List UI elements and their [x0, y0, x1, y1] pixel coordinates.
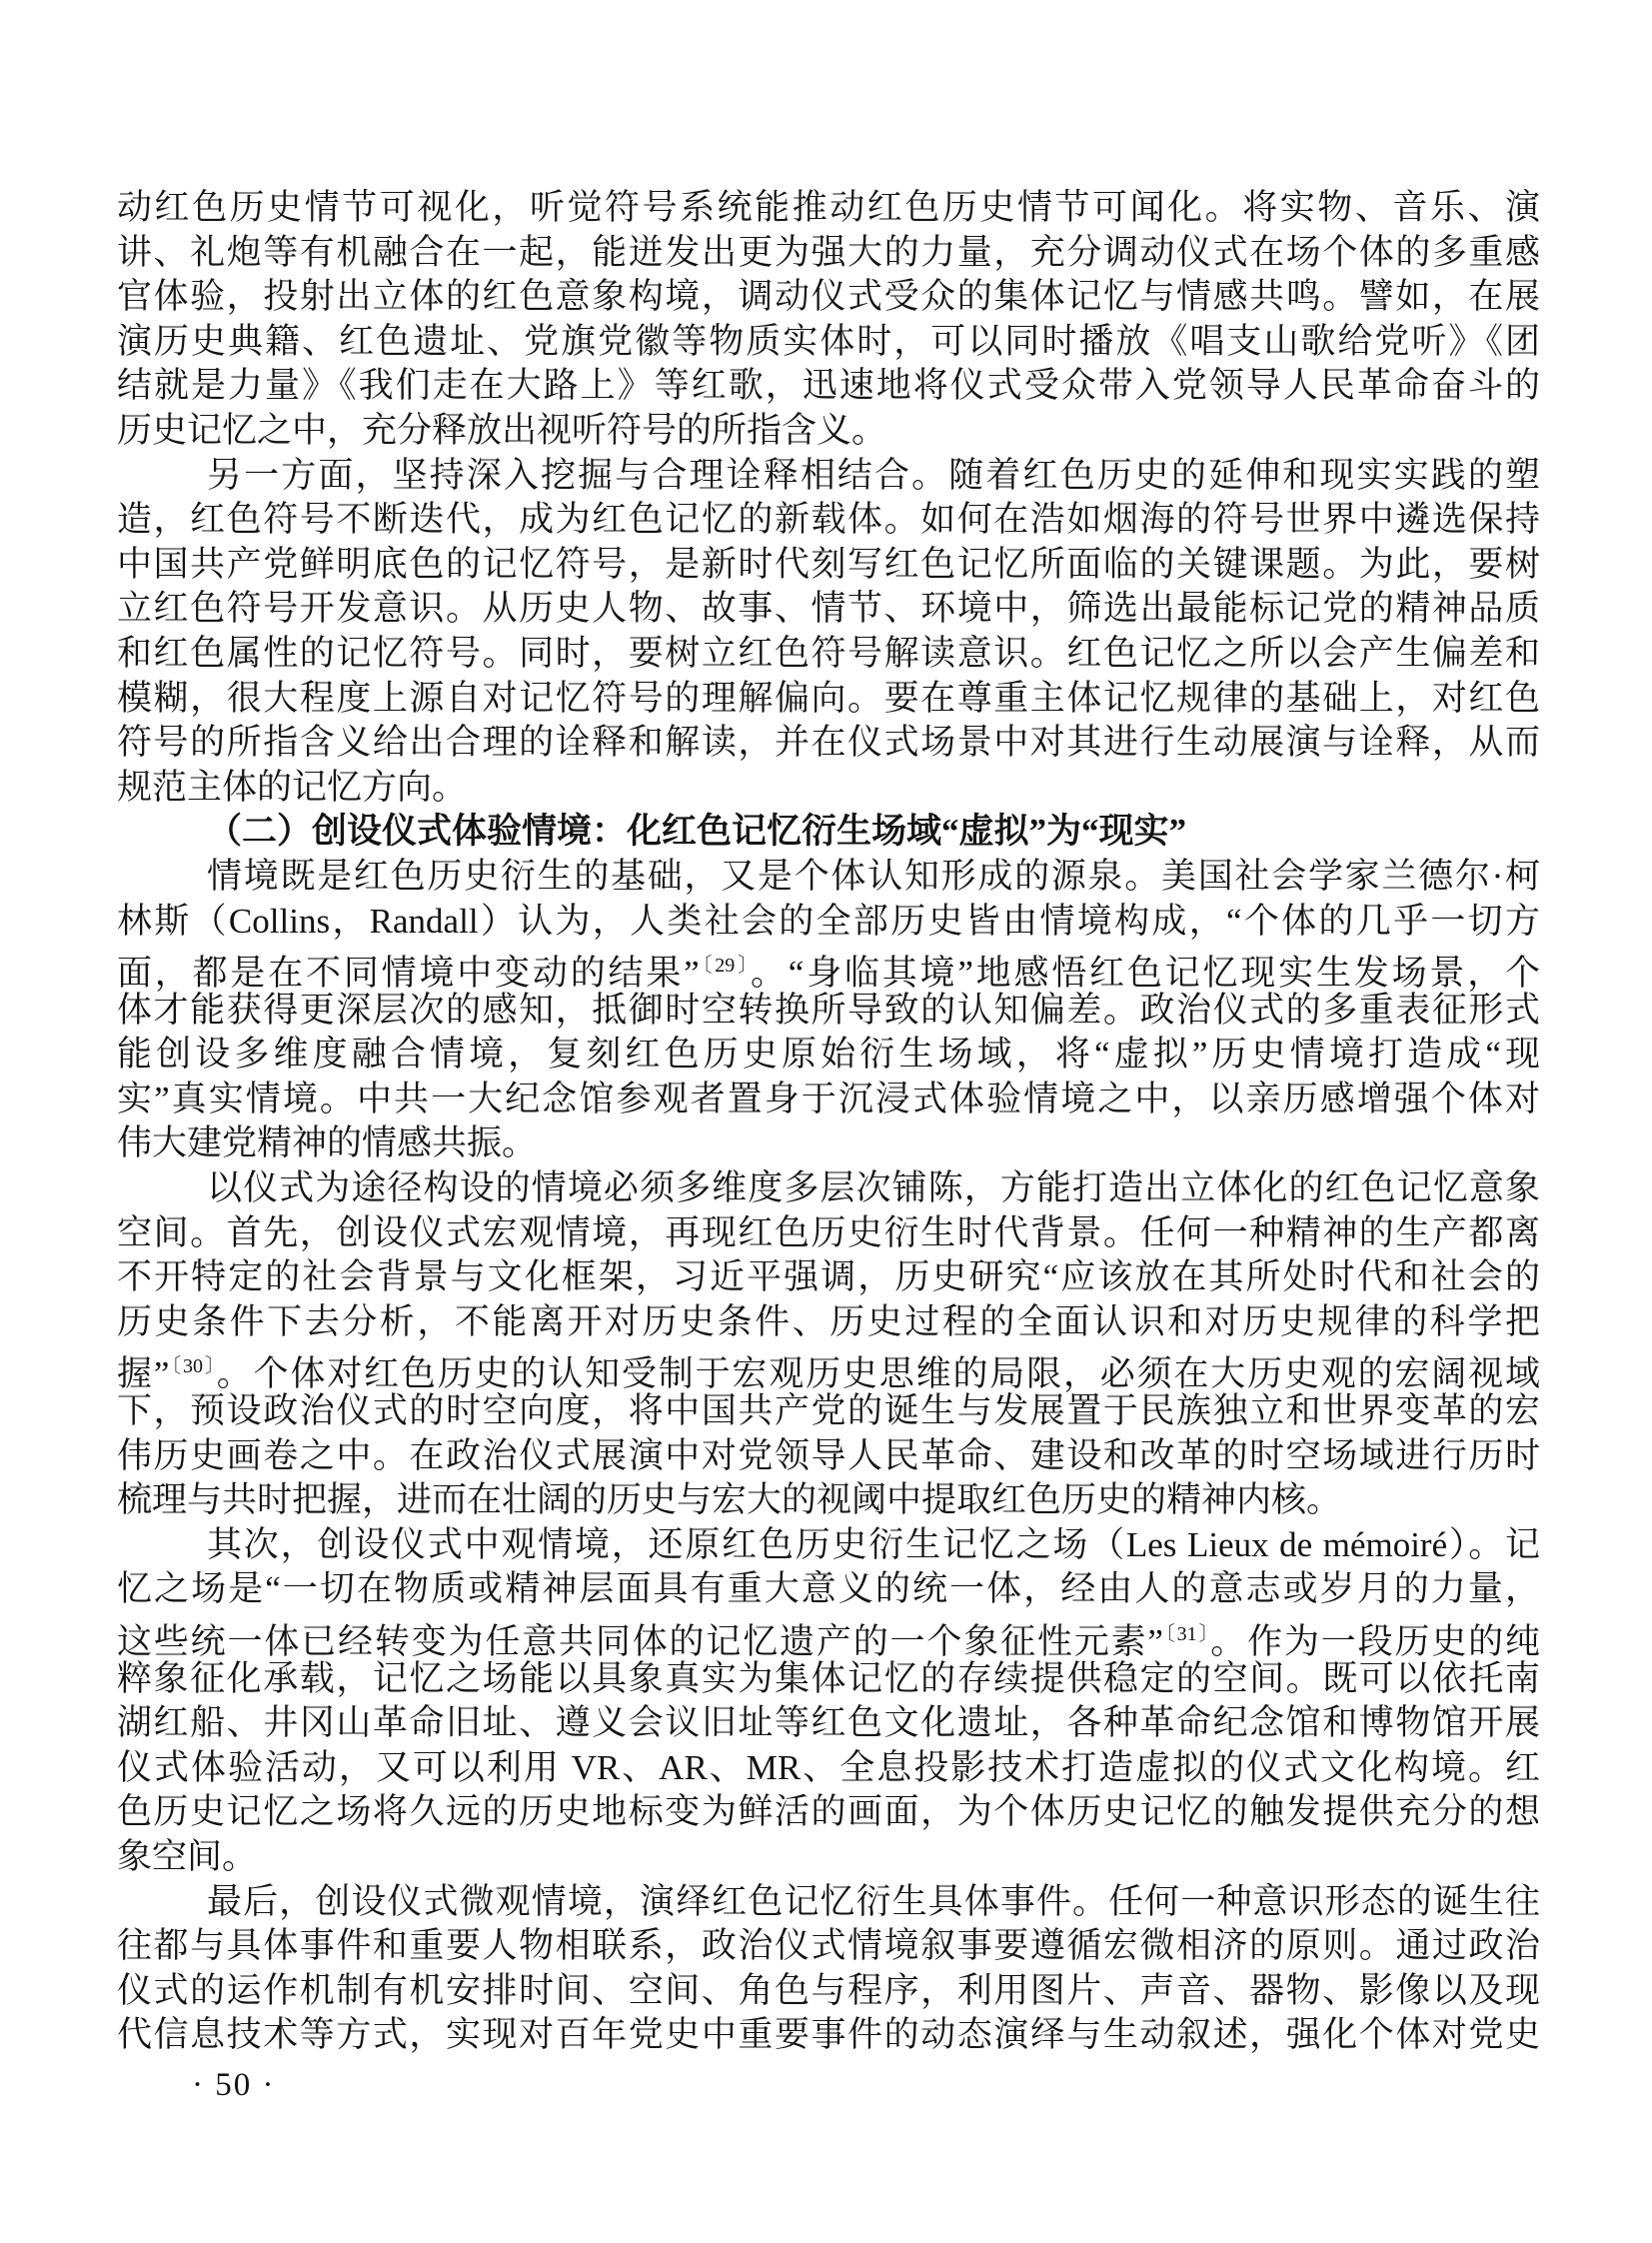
text-run: 象空间。: [117, 1837, 257, 1876]
text-line: 空间。首先，创设仪式宏观情境，再现红色历史衍生时代背景。任何一种精神的生产都离: [117, 1211, 1540, 1256]
text-run: 体才能获得更深层次的感知，抵御时空转换所导致的认知偏差。政治仪式的多重表征形式: [117, 991, 1540, 1030]
text-line: 下，预设政治仪式的时空向度，将中国共产党的诞生与发展置于民族独立和世界变革的宏: [117, 1389, 1540, 1434]
text-line: 演历史典籍、红色遗址、党旗党徽等物质实体时，可以同时播放《唱支山歌给党听》《团: [117, 320, 1540, 365]
text-line: 握”〔30〕。个体对红色历史的认知受制于宏观历史思维的局限，必须在大历史观的宏阔…: [117, 1344, 1540, 1389]
text-line: 能创设多维度融合情境，复刻红色历史原始衍生场域，将“虚拟”历史情境打造成“现: [117, 1033, 1540, 1078]
text-run: 这些统一体已经转变为任意共同体的记忆遗产的一个象征性元素”: [117, 1622, 1163, 1661]
paragraph: 最后，创设仪式微观情境，演绎红色记忆衍生具体事件。任何一种意识形态的诞生往往都与…: [117, 1880, 1540, 2058]
text-run: 和红色属性的记忆符号。同时，要树立红色符号解读意识。红色记忆之所以会产生偏差和: [117, 634, 1540, 673]
text-line: 象空间。: [117, 1835, 1540, 1880]
text-line: 和红色属性的记忆符号。同时，要树立红色符号解读意识。红色记忆之所以会产生偏差和: [117, 632, 1540, 677]
text-line: 仪式体验活动，又可以利用 VR、AR、MR、全息投影技术打造虚拟的仪式文化构境。…: [117, 1746, 1540, 1791]
text-run: 代信息技术等方式，实现对百年党史中重要事件的动态演绎与生动叙述，强化个体对党史: [117, 2015, 1540, 2054]
text-run: 以仪式为途径构设的情境必须多维度多层次铺陈，方能打造出立体化的红色记忆意象: [207, 1168, 1540, 1207]
text-line: 色历史记忆之场将久远的历史地标变为鲜活的画面，为个体历史记忆的触发提供充分的想: [117, 1790, 1540, 1835]
text-run: 演历史典籍、红色遗址、党旗党徽等物质实体时，可以同时播放《唱支山歌给党听》《团: [117, 322, 1540, 361]
text-line: 林斯（Collins，Randall）认为，人类社会的全部历史皆由情境构成，“个…: [117, 900, 1540, 945]
text-line: 符号的所指含义给出合理的诠释和解读，并在仪式场景中对其进行生动展演与诠释，从而: [117, 721, 1540, 766]
text-run: 中国共产党鲜明底色的记忆符号，是新时代刻写红色记忆所面临的关键课题。为此，要树: [117, 545, 1540, 584]
text-run: 。个体对红色历史的认知受制于宏观历史思维的局限，必须在大历史观的宏阔视域: [217, 1354, 1540, 1393]
text-line: 动红色历史情节可视化，听觉符号系统能推动红色历史情节可闻化。将实物、音乐、演: [117, 186, 1540, 231]
text-line: 情境既是红色历史衍生的基础，又是个体认知形成的源泉。美国社会学家兰德尔·柯: [117, 855, 1540, 900]
text-line: 伟大建党精神的情感共振。: [117, 1121, 1540, 1166]
footnote-ref: 〔31〕: [1163, 1623, 1210, 1645]
text-line: 往都与具体事件和重要人物相联系，政治仪式情境叙事要遵循宏微相济的原则。通过政治: [117, 1924, 1540, 1969]
text-run: 伟历史画卷之中。在政治仪式展演中对党领导人民革命、建设和改革的时空场域进行历时: [117, 1436, 1540, 1475]
text-line: 中国共产党鲜明底色的记忆符号，是新时代刻写红色记忆所面临的关键课题。为此，要树: [117, 543, 1540, 588]
page-footer: · 50 ·: [192, 2063, 275, 2107]
text-run: 立红色符号开发意识。从历史人物、故事、情节、环境中，筛选出最能标记党的精神品质: [117, 589, 1540, 628]
section-heading: （二）创设仪式体验情境：化红色记忆衍生场域“虚拟”为“现实”: [117, 810, 1540, 855]
text-line: 实”真实情境。中共一大纪念馆参观者置身于沉浸式体验情境之中，以亲历感增强个体对: [117, 1078, 1540, 1122]
text-run: 空间。首先，创设仪式宏观情境，再现红色历史衍生时代背景。任何一种精神的生产都离: [117, 1213, 1540, 1252]
text-line: 忆之场是“一切在物质或精神层面具有重大意义的统一体，经由人的意志或岁月的力量，: [117, 1567, 1540, 1612]
text-run: 。作为一段历史的纯: [1210, 1622, 1540, 1661]
paragraph: 动红色历史情节可视化，听觉符号系统能推动红色历史情节可闻化。将实物、音乐、演讲、…: [117, 186, 1540, 454]
text-run: 粹象征化承载，记忆之场能以具象真实为集体记忆的存续提供稳定的空间。既可以依托南: [117, 1659, 1540, 1698]
text-line: 以仪式为途径构设的情境必须多维度多层次铺陈，方能打造出立体化的红色记忆意象: [117, 1166, 1540, 1211]
text-run: 实”真实情境。中共一大纪念馆参观者置身于沉浸式体验情境之中，以亲历感增强个体对: [117, 1080, 1540, 1119]
text-line: 梳理与共时把握，进而在壮阔的历史与宏大的视阈中提取红色历史的精神内核。: [117, 1478, 1540, 1523]
text-run: 忆之场是“一切在物质或精神层面具有重大意义的统一体，经由人的意志或岁月的力量，: [117, 1569, 1540, 1608]
text-run: 仪式的运作机制有机安排时间、空间、角色与程序，利用图片、声音、器物、影像以及现: [117, 1971, 1540, 2010]
section-heading-block: （二）创设仪式体验情境：化红色记忆衍生场域“虚拟”为“现实”: [117, 810, 1540, 855]
text-run: 历史条件下去分析，不能离开对历史条件、历史过程的全面认识和对历史规律的科学把: [117, 1302, 1540, 1341]
text-run: 动红色历史情节可视化，听觉符号系统能推动红色历史情节可闻化。将实物、音乐、演: [117, 188, 1540, 227]
text-run: 。“身临其境”地感悟红色记忆现实生发场景，个: [751, 954, 1540, 993]
text-run: 规范主体的记忆方向。: [117, 768, 467, 807]
text-run: 情境既是红色历史衍生的基础，又是个体认知形成的源泉。美国社会学家兰德尔·柯: [207, 857, 1540, 896]
text-run: 湖红船、井冈山革命旧址、遵义会议旧址等红色文化遗址，各种革命纪念馆和博物馆开展: [117, 1703, 1540, 1742]
text-line: 规范主体的记忆方向。: [117, 766, 1540, 811]
text-run: （二）创设仪式体验情境：化红色记忆衍生场域“虚拟”为“现实”: [207, 812, 1186, 851]
footnote-ref: 〔29〕: [700, 955, 751, 977]
text-line: 粹象征化承载，记忆之场能以具象真实为集体记忆的存续提供稳定的空间。既可以依托南: [117, 1657, 1540, 1702]
text-line: 历史记忆之中，充分释放出视听符号的所指含义。: [117, 409, 1540, 454]
paragraph: 另一方面，坚持深入挖掘与合理诠释相结合。随着红色历史的延伸和现实实践的塑造，红色…: [117, 454, 1540, 811]
paragraph: 其次，创设仪式中观情境，还原红色历史衍生记忆之场（Les Lieux de mé…: [117, 1523, 1540, 1880]
text-line: 官体验，投射出立体的红色意象构境，调动仪式受众的集体记忆与情感共鸣。譬如，在展: [117, 275, 1540, 320]
text-line: 造，红色符号不断迭代，成为红色记忆的新载体。如何在浩如烟海的符号世界中遴选保持: [117, 498, 1540, 543]
text-run: 色历史记忆之场将久远的历史地标变为鲜活的画面，为个体历史记忆的触发提供充分的想: [117, 1792, 1540, 1831]
text-line: 伟历史画卷之中。在政治仪式展演中对党领导人民革命、建设和改革的时空场域进行历时: [117, 1434, 1540, 1479]
article-body: 动红色历史情节可视化，听觉符号系统能推动红色历史情节可闻化。将实物、音乐、演讲、…: [117, 186, 1540, 2058]
text-run: 握”: [117, 1354, 169, 1393]
paragraph: 情境既是红色历史衍生的基础，又是个体认知形成的源泉。美国社会学家兰德尔·柯林斯（…: [117, 855, 1540, 1166]
text-line: 立红色符号开发意识。从历史人物、故事、情节、环境中，筛选出最能标记党的精神品质: [117, 587, 1540, 632]
paper-page: 动红色历史情节可视化，听觉符号系统能推动红色历史情节可闻化。将实物、音乐、演讲、…: [0, 0, 1652, 2243]
text-line: 讲、礼炮等有机融合在一起，能迸发出更为强大的力量，充分调动仪式在场个体的多重感: [117, 231, 1540, 276]
text-line: 这些统一体已经转变为任意共同体的记忆遗产的一个象征性元素”〔31〕。作为一段历史…: [117, 1612, 1540, 1657]
text-run: 往都与具体事件和重要人物相联系，政治仪式情境叙事要遵循宏微相济的原则。通过政治: [117, 1926, 1540, 1965]
text-run: 最后，创设仪式微观情境，演绎红色记忆衍生具体事件。任何一种意识形态的诞生往: [207, 1882, 1540, 1921]
text-run: 能创设多维度融合情境，复刻红色历史原始衍生场域，将“虚拟”历史情境打造成“现: [117, 1035, 1540, 1074]
text-line: 其次，创设仪式中观情境，还原红色历史衍生记忆之场（Les Lieux de mé…: [117, 1523, 1540, 1568]
text-line: 湖红船、井冈山革命旧址、遵义会议旧址等红色文化遗址，各种革命纪念馆和博物馆开展: [117, 1701, 1540, 1746]
text-run: 其次，创设仪式中观情境，还原红色历史衍生记忆之场（Les Lieux de mé…: [207, 1525, 1540, 1564]
text-run: 官体验，投射出立体的红色意象构境，调动仪式受众的集体记忆与情感共鸣。譬如，在展: [117, 277, 1540, 316]
text-line: 代信息技术等方式，实现对百年党史中重要事件的动态演绎与生动叙述，强化个体对党史: [117, 2013, 1540, 2058]
text-run: 另一方面，坚持深入挖掘与合理诠释相结合。随着红色历史的延伸和现实实践的塑: [207, 456, 1540, 495]
text-run: 仪式体验活动，又可以利用 VR、AR、MR、全息投影技术打造虚拟的仪式文化构境。…: [117, 1748, 1540, 1787]
text-run: 不开特定的社会背景与文化框架，习近平强调，历史研究“应该放在其所处时代和社会的: [117, 1257, 1540, 1296]
page-number: · 50 ·: [192, 2067, 275, 2103]
paragraph: 以仪式为途径构设的情境必须多维度多层次铺陈，方能打造出立体化的红色记忆意象空间。…: [117, 1166, 1540, 1523]
text-line: 模糊，很大程度上源自对记忆符号的理解偏向。要在尊重主体记忆规律的基础上，对红色: [117, 677, 1540, 722]
text-line: 历史条件下去分析，不能离开对历史条件、历史过程的全面认识和对历史规律的科学把: [117, 1300, 1540, 1345]
text-run: 梳理与共时把握，进而在壮阔的历史与宏大的视阈中提取红色历史的精神内核。: [117, 1480, 1341, 1519]
text-run: 伟大建党精神的情感共振。: [117, 1123, 537, 1162]
text-run: 符号的所指含义给出合理的诠释和解读，并在仪式场景中对其进行生动展演与诠释，从而: [117, 723, 1540, 762]
text-line: 最后，创设仪式微观情境，演绎红色记忆衍生具体事件。任何一种意识形态的诞生往: [117, 1880, 1540, 1925]
text-line: 不开特定的社会背景与文化框架，习近平强调，历史研究“应该放在其所处时代和社会的: [117, 1255, 1540, 1300]
text-line: 面，都是在不同情境中变动的结果”〔29〕。“身临其境”地感悟红色记忆现实生发场景…: [117, 944, 1540, 989]
text-line: 体才能获得更深层次的感知，抵御时空转换所导致的认知偏差。政治仪式的多重表征形式: [117, 989, 1540, 1034]
footnote-ref: 〔30〕: [169, 1355, 216, 1377]
text-line: 结就是力量》《我们走在大路上》等红歌，迅速地将仪式受众带入党领导人民革命奋斗的: [117, 364, 1540, 409]
text-line: 另一方面，坚持深入挖掘与合理诠释相结合。随着红色历史的延伸和现实实践的塑: [117, 454, 1540, 499]
text-run: 林斯（Collins，Randall）认为，人类社会的全部历史皆由情境构成，“个…: [117, 902, 1540, 941]
text-run: 结就是力量》《我们走在大路上》等红歌，迅速地将仪式受众带入党领导人民革命奋斗的: [117, 366, 1540, 405]
text-run: 面，都是在不同情境中变动的结果”: [117, 954, 700, 993]
text-run: 历史记忆之中，充分释放出视听符号的所指含义。: [117, 411, 886, 450]
text-run: 讲、礼炮等有机融合在一起，能迸发出更为强大的力量，充分调动仪式在场个体的多重感: [117, 233, 1540, 272]
text-line: 仪式的运作机制有机安排时间、空间、角色与程序，利用图片、声音、器物、影像以及现: [117, 1969, 1540, 2014]
text-run: 模糊，很大程度上源自对记忆符号的理解偏向。要在尊重主体记忆规律的基础上，对红色: [117, 679, 1540, 718]
text-run: 下，预设政治仪式的时空向度，将中国共产党的诞生与发展置于民族独立和世界变革的宏: [117, 1391, 1540, 1430]
text-run: 造，红色符号不断迭代，成为红色记忆的新载体。如何在浩如烟海的符号世界中遴选保持: [117, 500, 1540, 539]
